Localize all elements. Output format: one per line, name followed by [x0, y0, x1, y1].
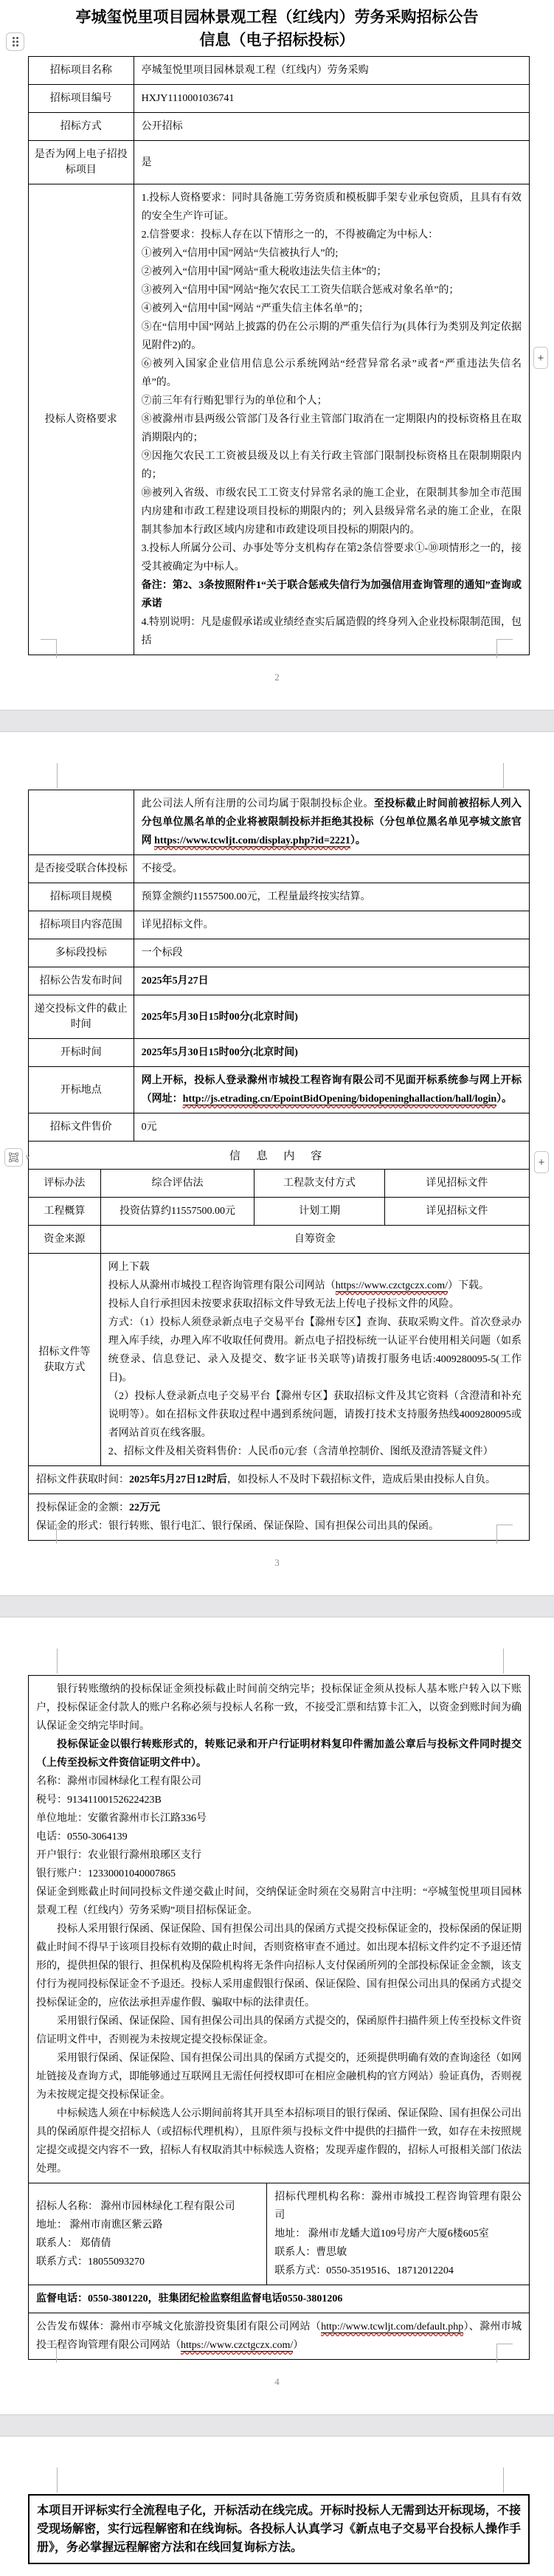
row-label: 招标项目编号	[29, 85, 134, 113]
table-row: 招标公告发布时间 2025年5月27日	[29, 967, 530, 995]
paragraph: 采用银行保函、保证保险、国有担保公司出具的保函方式提交的，还须提供明确有效的查询…	[36, 2049, 522, 2104]
paragraph: 投标保证金以银行转账形式的，转账记录和开户行证明材料复印件需加盖公章后与投标文件…	[36, 1736, 522, 1772]
row-value: 2025年5月30日15时00分(北京时间)	[134, 995, 529, 1039]
drag-handle-icon	[13, 37, 18, 46]
row-label: 开标时间	[29, 1039, 134, 1067]
row-label: 工程概算	[29, 1198, 101, 1226]
drag-handle-button[interactable]	[6, 32, 24, 51]
row-label: 是否为网上电子招投标项目	[29, 141, 134, 184]
table-row: 招标方式 公开招标	[29, 113, 530, 141]
table-select-icon	[7, 1151, 20, 1164]
paragraph: 投标人从滁州市城投工程咨询管理有限公司网站（https://www.czctgc…	[108, 1277, 522, 1295]
paragraph: 本项目开评标实行全流程电子化，开标活动在线完成。开标时投标人无需到达开标现场，不…	[37, 2501, 521, 2557]
paragraph: 银行账户：12330001040007865	[36, 1865, 522, 1883]
row-value: 详见招标文件。	[134, 911, 529, 939]
paragraph: ④被列入“信用中国”网站 “严重失信主体名单”的；	[142, 300, 522, 318]
doc-acquisition-text: 网上下载投标人从滁州市城投工程咨询管理有限公司网站（https://www.cz…	[100, 1254, 529, 1466]
paragraph: 税号：91341100152622423B	[36, 1791, 522, 1809]
text-run: 投标保证金的金额：	[36, 1502, 129, 1513]
row-value: 不接受。	[134, 855, 529, 883]
paragraph: 保证金的形式：银行转账、银行电汇、银行保函、保证保险、国有担保公司出具的保函。	[36, 1517, 522, 1536]
doc-page-2: 此公司法人所有注册的公司均属于限制投标企业。至投标截止时间前被招标人列入分包单位…	[0, 732, 554, 1595]
row-label: 投标人资格要求	[29, 184, 134, 655]
page-title-line2: 信息（电子招标投标）	[0, 29, 554, 52]
e-bidding-notice-box: 本项目开评标实行全流程电子化，开标活动在线完成。开标时投标人无需到达开标现场，不…	[28, 2494, 530, 2564]
page-margin-mark	[57, 763, 58, 788]
row-value: 0元	[134, 1113, 529, 1142]
row-value: 一个标段	[134, 939, 529, 967]
info-content-header-row: 信 息 内 容	[29, 1142, 530, 1170]
text-run: ）下载。	[448, 1280, 489, 1291]
supervision-phone-text: 监督电话：0550-3801220，驻集团纪检监察组监督电话0550-38012…	[29, 2285, 530, 2313]
contacts-row: 招标人名称： 滁州市园林绿化工程有限公司地址： 滁州市南谯区紫云路联系人： 郑倩…	[29, 2183, 530, 2285]
paragraph: 2.信誉要求：投标人存在以下情形之一的，不得被确定为中标人：	[142, 226, 522, 244]
qualification-row: 投标人资格要求 1.投标人资格要求：同时具备施工劳务资质和模板脚手架专业承包资质…	[29, 184, 530, 655]
text-run: 此公司法人所有注册的公司均属于限制投标企业。	[142, 798, 374, 809]
row-value: 公开招标	[134, 113, 529, 141]
row-value: 自筹资金	[100, 1226, 529, 1254]
url-text[interactable]: https://www.czctgczx.com/	[336, 1280, 448, 1292]
qualification-text: 1.投标人资格要求：同时具备施工劳务资质和模板脚手架专业承包资质，且具有有效的安…	[134, 184, 529, 655]
row-label-line1: 招标文件等	[32, 1344, 97, 1360]
page-margin-mark	[503, 763, 504, 788]
supervision-row: 监督电话：0550-3801220，驻集团纪检监察组监督电话0550-38012…	[29, 2285, 530, 2313]
row-label: 招标项目内容范围	[29, 911, 134, 939]
page-margin-mark	[57, 2468, 58, 2493]
paragraph: 名称：滁州市园林绿化工程有限公司	[36, 1772, 522, 1791]
project-info-table: 招标项目名称 亭城玺悦里项目园林景观工程（红线内）劳务采购 招标项目编号 HXJ…	[28, 56, 530, 655]
info-content-table: 信 息 内 容 评标办法 综合评估法 工程款支付方式 详见招标文件 工程概算 投…	[28, 1141, 530, 1541]
row-label-line2: 获取方式	[32, 1360, 97, 1375]
url-text[interactable]: http://www.tcwljt.com/default.php	[321, 2321, 463, 2333]
table-row: 是否为网上电子招投标项目 是	[29, 141, 530, 184]
page-separator	[0, 710, 554, 732]
deposit-terms-row: 银行转账缴纳的投标保证金须投标截止时间前交纳完毕；投标保证金须从投标人基本账户转…	[29, 1676, 530, 2183]
row-value: 投资估算约11557500.00元	[100, 1198, 254, 1226]
text-run: ）。	[496, 1094, 512, 1105]
paragraph: 联系人： 郑倩倩	[36, 2234, 259, 2253]
insert-plus-button-2[interactable]: +	[534, 1151, 549, 1173]
paragraph: 保证金到账截止时间同投标文件递交截止时间，交纳保证金时须在交易附言中注明：“亭城…	[36, 1883, 522, 1920]
insert-plus-button[interactable]: +	[533, 347, 548, 369]
row-label-empty	[29, 790, 134, 855]
paragraph: 招标文件获取时间：2025年5月27日12时后，如投标人不及时下载招标文件，造成…	[36, 1471, 522, 1489]
paragraph: 电话：0550-3064139	[36, 1828, 522, 1846]
doc-get-time-row: 招标文件获取时间：2025年5月27日12时后，如投标人不及时下载招标文件，造成…	[29, 1466, 530, 1494]
table-row: 招标项目内容范围 详见招标文件。	[29, 911, 530, 939]
info-content-header: 信 息 内 容	[29, 1142, 530, 1170]
text-run: 投标人从滁州市城投工程咨询管理有限公司网站（	[108, 1280, 336, 1291]
paragraph: 2、招标文件及相关资料售价：人民币0元/套（含清单控制价、图纸及澄清答疑文件）	[108, 1443, 522, 1461]
paragraph: 银行转账缴纳的投标保证金须投标截止时间前交纳完毕；投标保证金须从投标人基本账户转…	[36, 1680, 522, 1736]
page-margin-mark	[57, 1648, 58, 1674]
paragraph: 联系方式：0550-3519516、18712012204	[274, 2262, 522, 2280]
row-label: 计划工期	[255, 1198, 385, 1226]
row-value: 2025年5月30日15时00分(北京时间)	[134, 1039, 529, 1067]
paragraph: 地址： 滁州市龙蟠大道109号房产大厦6楼605室	[274, 2225, 522, 2243]
row-label: 招标方式	[29, 113, 134, 141]
text-run: ）。	[350, 835, 366, 846]
qualification-text-continued: 此公司法人所有注册的公司均属于限制投标企业。至投标截止时间前被招标人列入分包单位…	[134, 790, 529, 855]
doc-acquisition-row: 招标文件等 获取方式 网上下载投标人从滁州市城投工程咨询管理有限公司网站（htt…	[29, 1254, 530, 1466]
url-text[interactable]: https://www.tcwljt.com/display.php?id=22…	[154, 835, 350, 847]
row-value: 综合评估法	[100, 1170, 254, 1198]
row-label: 招标项目名称	[29, 57, 134, 85]
paragraph: 投标人采用银行保函、保证保险、国有担保公司出具的保函方式提交投标保证金的，投标保…	[36, 1920, 522, 2012]
paragraph: ⑧被滁州市县两级公管部门及各行业主管部门取消在一定期限内的投标资格且在取消期限内…	[142, 410, 522, 447]
paragraph: 中标候选人须在中标候选人公示期间前将其开具至本招标项目的银行保函、保证保险、国有…	[36, 2104, 522, 2178]
row-value: 是	[134, 141, 529, 184]
paragraph: 3.投标人所属分公司、办事处等分支机构存在第2条信誉要求①-⑩项情形之一的，接受…	[142, 539, 522, 576]
table-row: 是否接受联合体投标 不接受。	[29, 855, 530, 883]
paragraph: ⑨因拖欠农民工工资被县级及以上有关行政主管部门限制投标资格且在限制期限内的；	[142, 447, 522, 484]
bid-deposit-row: 投标保证金的金额：22万元保证金的形式：银行转账、银行电汇、银行保函、保证保险、…	[29, 1494, 530, 1541]
page-margin-mark	[503, 2468, 504, 2493]
row-label: 多标段投标	[29, 939, 134, 967]
paragraph: 1.投标人资格要求：同时具备施工劳务资质和模板脚手架专业承包资质，且具有有效的安…	[142, 189, 522, 226]
table-row: 多标段投标 一个标段	[29, 939, 530, 967]
paragraph: ②被列入“信用中国”网站“重大税收违法失信主体”的；	[142, 263, 522, 281]
row-label: 招标文件售价	[29, 1113, 134, 1142]
url-text[interactable]: https://www.czctgczx.com/	[181, 2340, 293, 2352]
paragraph: 方式：（1）投标人须登录新点电子交易平台【滁州专区】查询、获取采购文件。首次登录…	[108, 1313, 522, 1387]
paragraph: 网上开标，投标人登录滁州市城投工程咨询有限公司不见面开标系统参与网上开标（网址：…	[142, 1071, 522, 1108]
doc-page-1: 亭城玺悦里项目园林景观工程（红线内）劳务采购招标公告 信息（电子招标投标） 招标…	[0, 0, 554, 710]
paragraph: ⑩被列入省级、市级农民工工资支付异常名录的施工企业，在限制其参加全市范围内房建和…	[142, 484, 522, 539]
row-value: HXJY1110001036741	[134, 85, 529, 113]
text-run: 2025年5月27日12时后	[129, 1474, 227, 1485]
paragraph: 网上下载	[108, 1258, 522, 1277]
agency-contact-block: 招标代理机构名称：滁州市城投工程咨询管理有限公司地址： 滁州市龙蟠大道109号房…	[267, 2183, 530, 2285]
table-row: 递交投标文件的截止时间 2025年5月30日15时00分(北京时间)	[29, 995, 530, 1039]
chevron-down-icon[interactable]: ∨	[25, 1153, 30, 1161]
row-label: 工程款支付方式	[255, 1170, 385, 1198]
row-value: 预算金额约11557500.00元，工程量最终按实结算。	[134, 883, 529, 911]
bidder-contact-block: 招标人名称： 滁州市园林绿化工程有限公司地址： 滁州市南谯区紫云路联系人： 郑倩…	[29, 2183, 267, 2285]
paragraph: 此公司法人所有注册的公司均属于限制投标企业。至投标截止时间前被招标人列入分包单位…	[142, 795, 522, 850]
paragraph: 4.特别说明：凡是虚假承诺或业绩经查实后属造假的终身列入企业投标限制范围，包括	[142, 613, 522, 650]
table-row: 工程概算 投资估算约11557500.00元 计划工期 详见招标文件	[29, 1198, 530, 1226]
paragraph: 单位地址：安徽省滁州市长江路336号	[36, 1809, 522, 1828]
paragraph: ③被列入“信用中国”网站“拖欠农民工工资失信联合惩戒对象名单”的；	[142, 281, 522, 300]
page-title-line1: 亭城玺悦里项目园林景观工程（红线内）劳务采购招标公告	[0, 6, 554, 29]
qualification-continued-row: 此公司法人所有注册的公司均属于限制投标企业。至投标截止时间前被招标人列入分包单位…	[29, 790, 530, 855]
paragraph: 招标代理机构名称：滁州市城投工程咨询管理有限公司	[274, 2188, 522, 2225]
paragraph: ⑦前三年有行贿犯罪行为的单位和个人；	[142, 392, 522, 410]
row-label: 招标公告发布时间	[29, 967, 134, 995]
paragraph: ①被列入“信用中国”网站“失信被执行人”的;	[142, 244, 522, 263]
page-separator	[0, 1595, 554, 1617]
row-label: 递交投标文件的截止时间	[29, 995, 134, 1039]
text-run: ，如投标人不及时下载招标文件，造成后果由投标人自负。	[227, 1474, 496, 1485]
paragraph: 联系方式：18055093270	[36, 2253, 259, 2271]
page-number: 3	[0, 1541, 554, 1595]
table-row: 招标文件售价 0元	[29, 1113, 530, 1142]
paragraph: 联系人：曹思敏	[274, 2243, 522, 2262]
page-number: 2	[0, 655, 554, 710]
text-run: ）	[293, 2340, 303, 2351]
paragraph: 投标人自行承担因未按要求获取招标文件导致无法上传电子投标文件的风险。	[108, 1295, 522, 1313]
paragraph: 公告发布媒体：滁州市亭城文化旅游投资集团有限公司网站（http://www.tc…	[36, 2318, 522, 2355]
paragraph: 投标保证金的金额：22万元	[36, 1499, 522, 1517]
page-number: 4	[0, 2360, 554, 2414]
project-info-table-continued: 此公司法人所有注册的公司均属于限制投标企业。至投标截止时间前被招标人列入分包单位…	[28, 790, 530, 1142]
deposit-details-table: 银行转账缴纳的投标保证金须投标截止时间前交纳完毕；投标保证金须从投标人基本账户转…	[28, 1675, 530, 2360]
row-label: 招标项目规模	[29, 883, 134, 911]
row-label: 资金来源	[29, 1226, 101, 1254]
table-tool: ∨	[4, 1148, 30, 1167]
doc-page-3: 银行转账缴纳的投标保证金须投标截止时间前交纳完毕；投标保证金须从投标人基本账户转…	[0, 1617, 554, 2414]
table-row: 招标项目名称 亭城玺悦里项目园林景观工程（红线内）劳务采购	[29, 57, 530, 85]
bid-opening-venue-row: 开标地点 网上开标，投标人登录滁州市城投工程咨询有限公司不见面开标系统参与网上开…	[29, 1067, 530, 1113]
paragraph: 招标人名称： 滁州市园林绿化工程有限公司	[36, 2197, 259, 2216]
paragraph: 地址： 滁州市南谯区紫云路	[36, 2216, 259, 2234]
doc-page-4: 本项目开评标实行全流程电子化，开标活动在线完成。开标时投标人无需到达开标现场，不…	[0, 2437, 554, 2576]
bid-opening-venue-text: 网上开标，投标人登录滁州市城投工程咨询有限公司不见面开标系统参与网上开标（网址：…	[134, 1067, 529, 1113]
paragraph: ⑥被列入国家企业信用信息公示系统网站“经营异常名录”或者“严重违法失信名单”的。	[142, 355, 522, 392]
text-run: 公告发布媒体：滁州市亭城文化旅游投资集团有限公司网站（	[36, 2321, 321, 2332]
row-value: 亭城玺悦里项目园林景观工程（红线内）劳务采购	[134, 57, 529, 85]
row-value: 详见招标文件	[384, 1170, 529, 1198]
paragraph: 备注：第2、3条按照附件1“关于联合惩戒失信行为加强信用查询管理的通知”查询或承…	[142, 576, 522, 613]
row-value: 2025年5月27日	[134, 967, 529, 995]
table-row: 招标项目编号 HXJY1110001036741	[29, 85, 530, 113]
paragraph: 采用银行保函、保证保险、国有担保公司出具的保函方式提交的，保函原件扫描件须上传至…	[36, 2012, 522, 2049]
text-run: 22万元	[129, 1502, 160, 1513]
page-margin-mark	[503, 1648, 504, 1674]
row-label: 招标文件等 获取方式	[29, 1254, 101, 1466]
page-separator	[0, 2414, 554, 2437]
row-label: 是否接受联合体投标	[29, 855, 134, 883]
funding-row: 资金来源 自筹资金	[29, 1226, 530, 1254]
table-select-button[interactable]	[4, 1148, 23, 1167]
paragraph: （2）投标人登录新点电子交易平台【滁州专区】获取招标文件及其它资料（含澄清和补充…	[108, 1387, 522, 1443]
table-row: 开标时间 2025年5月30日15时00分(北京时间)	[29, 1039, 530, 1067]
row-label: 评标办法	[29, 1170, 101, 1198]
document-viewer: + + ∨ 亭城玺悦里项目园林景观工程（红线内）劳务采购招标公告 信息（电子招标…	[0, 0, 554, 2576]
row-label: 开标地点	[29, 1067, 134, 1113]
page-title: 亭城玺悦里项目园林景观工程（红线内）劳务采购招标公告 信息（电子招标投标）	[0, 0, 554, 52]
media-row: 公告发布媒体：滁州市亭城文化旅游投资集团有限公司网站（http://www.tc…	[29, 2313, 530, 2360]
announcement-media-text: 公告发布媒体：滁州市亭城文化旅游投资集团有限公司网站（http://www.tc…	[29, 2313, 530, 2360]
deposit-terms-text: 银行转账缴纳的投标保证金须投标截止时间前交纳完毕；投标保证金须从投标人基本账户转…	[29, 1676, 530, 2183]
row-value: 详见招标文件	[384, 1198, 529, 1226]
doc-get-time-text: 招标文件获取时间：2025年5月27日12时后，如投标人不及时下载招标文件，造成…	[29, 1466, 530, 1494]
paragraph: ⑤在“信用中国”网站上披露的仍在公示期的严重失信行为(具体行为类别及判定依据见附…	[142, 318, 522, 355]
bid-deposit-text: 投标保证金的金额：22万元保证金的形式：银行转账、银行电汇、银行保函、保证保险、…	[29, 1494, 530, 1541]
text-run: 招标文件获取时间：	[36, 1474, 129, 1485]
table-row: 招标项目规模 预算金额约11557500.00元，工程量最终按实结算。	[29, 883, 530, 911]
table-row: 评标办法 综合评估法 工程款支付方式 详见招标文件	[29, 1170, 530, 1198]
paragraph: 开户银行：农业银行滁州琅琊区支行	[36, 1846, 522, 1865]
url-text[interactable]: http://js.etrading.cn/EpointBidOpening/b…	[183, 1094, 497, 1105]
